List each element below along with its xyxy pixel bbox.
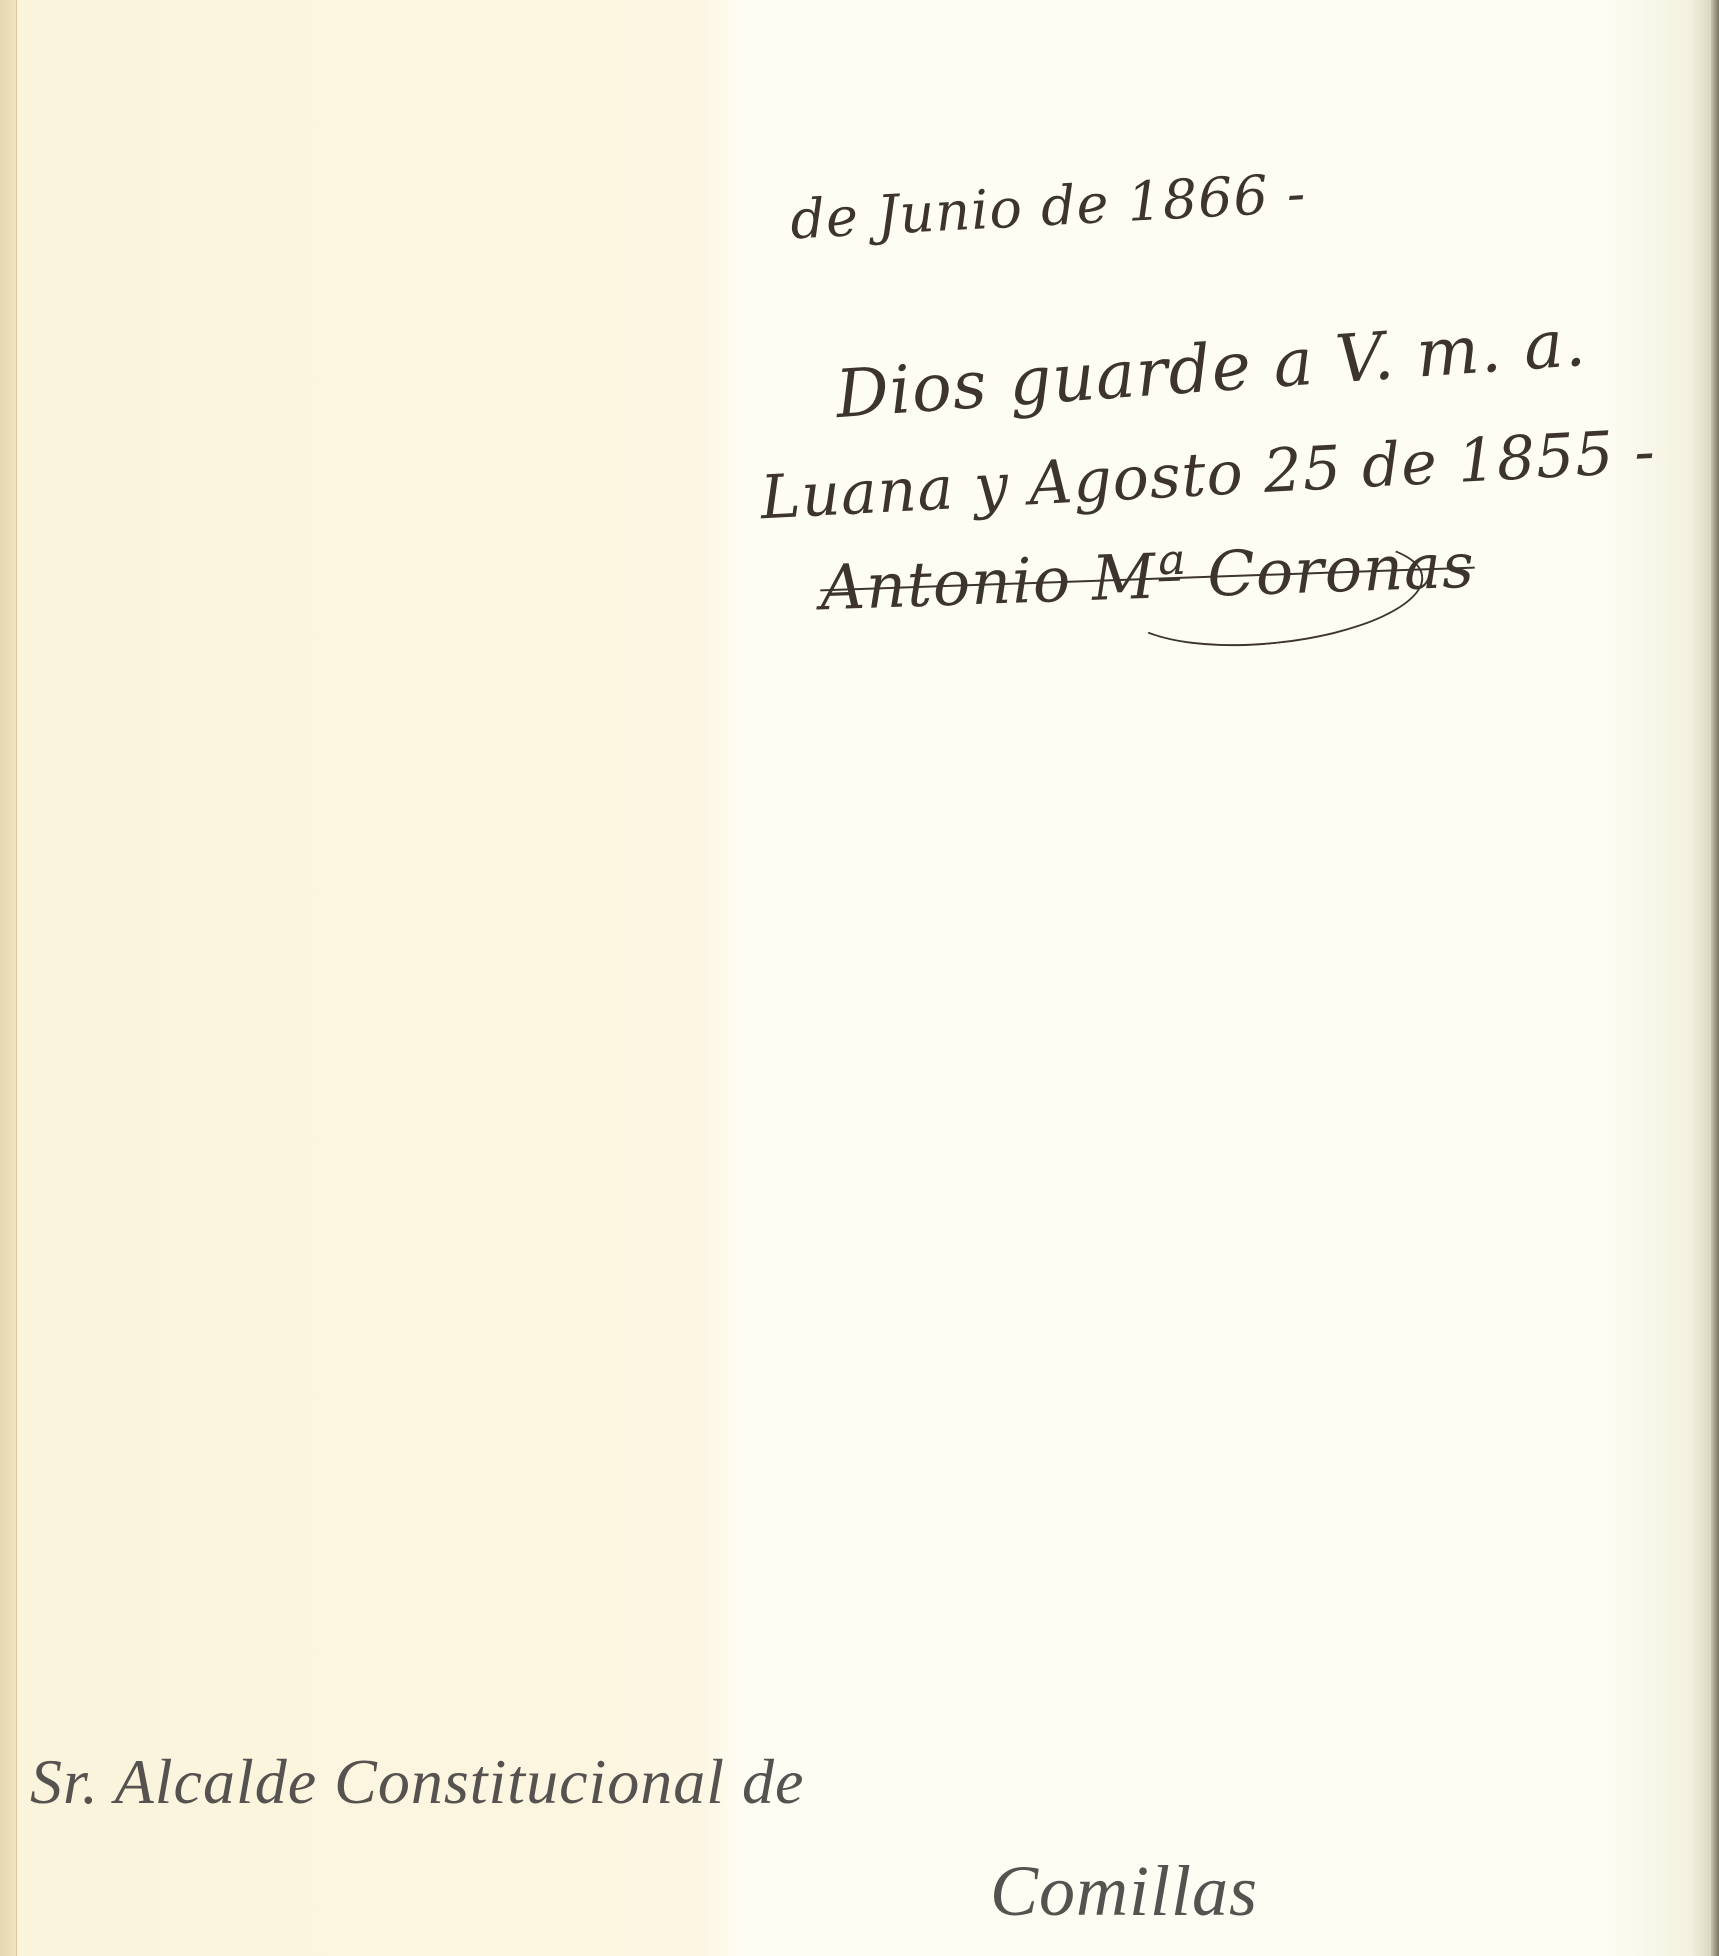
binding-edge: [1711, 0, 1719, 1956]
adjacent-page-edge: [0, 0, 17, 1956]
document-page: de Junio de 1866 - Dios guarde a V. m. a…: [0, 0, 1719, 1956]
addressee-line: Sr. Alcalde Constitucional de: [30, 1745, 804, 1819]
addressee-town: Comillas: [990, 1850, 1258, 1933]
place-and-date: Luana y Agosto 25 de 1855 -: [759, 417, 1658, 534]
closing-formula: Dios guarde a V. m. a.: [833, 304, 1588, 433]
date-line: de Junio de 1866 -: [789, 162, 1308, 252]
